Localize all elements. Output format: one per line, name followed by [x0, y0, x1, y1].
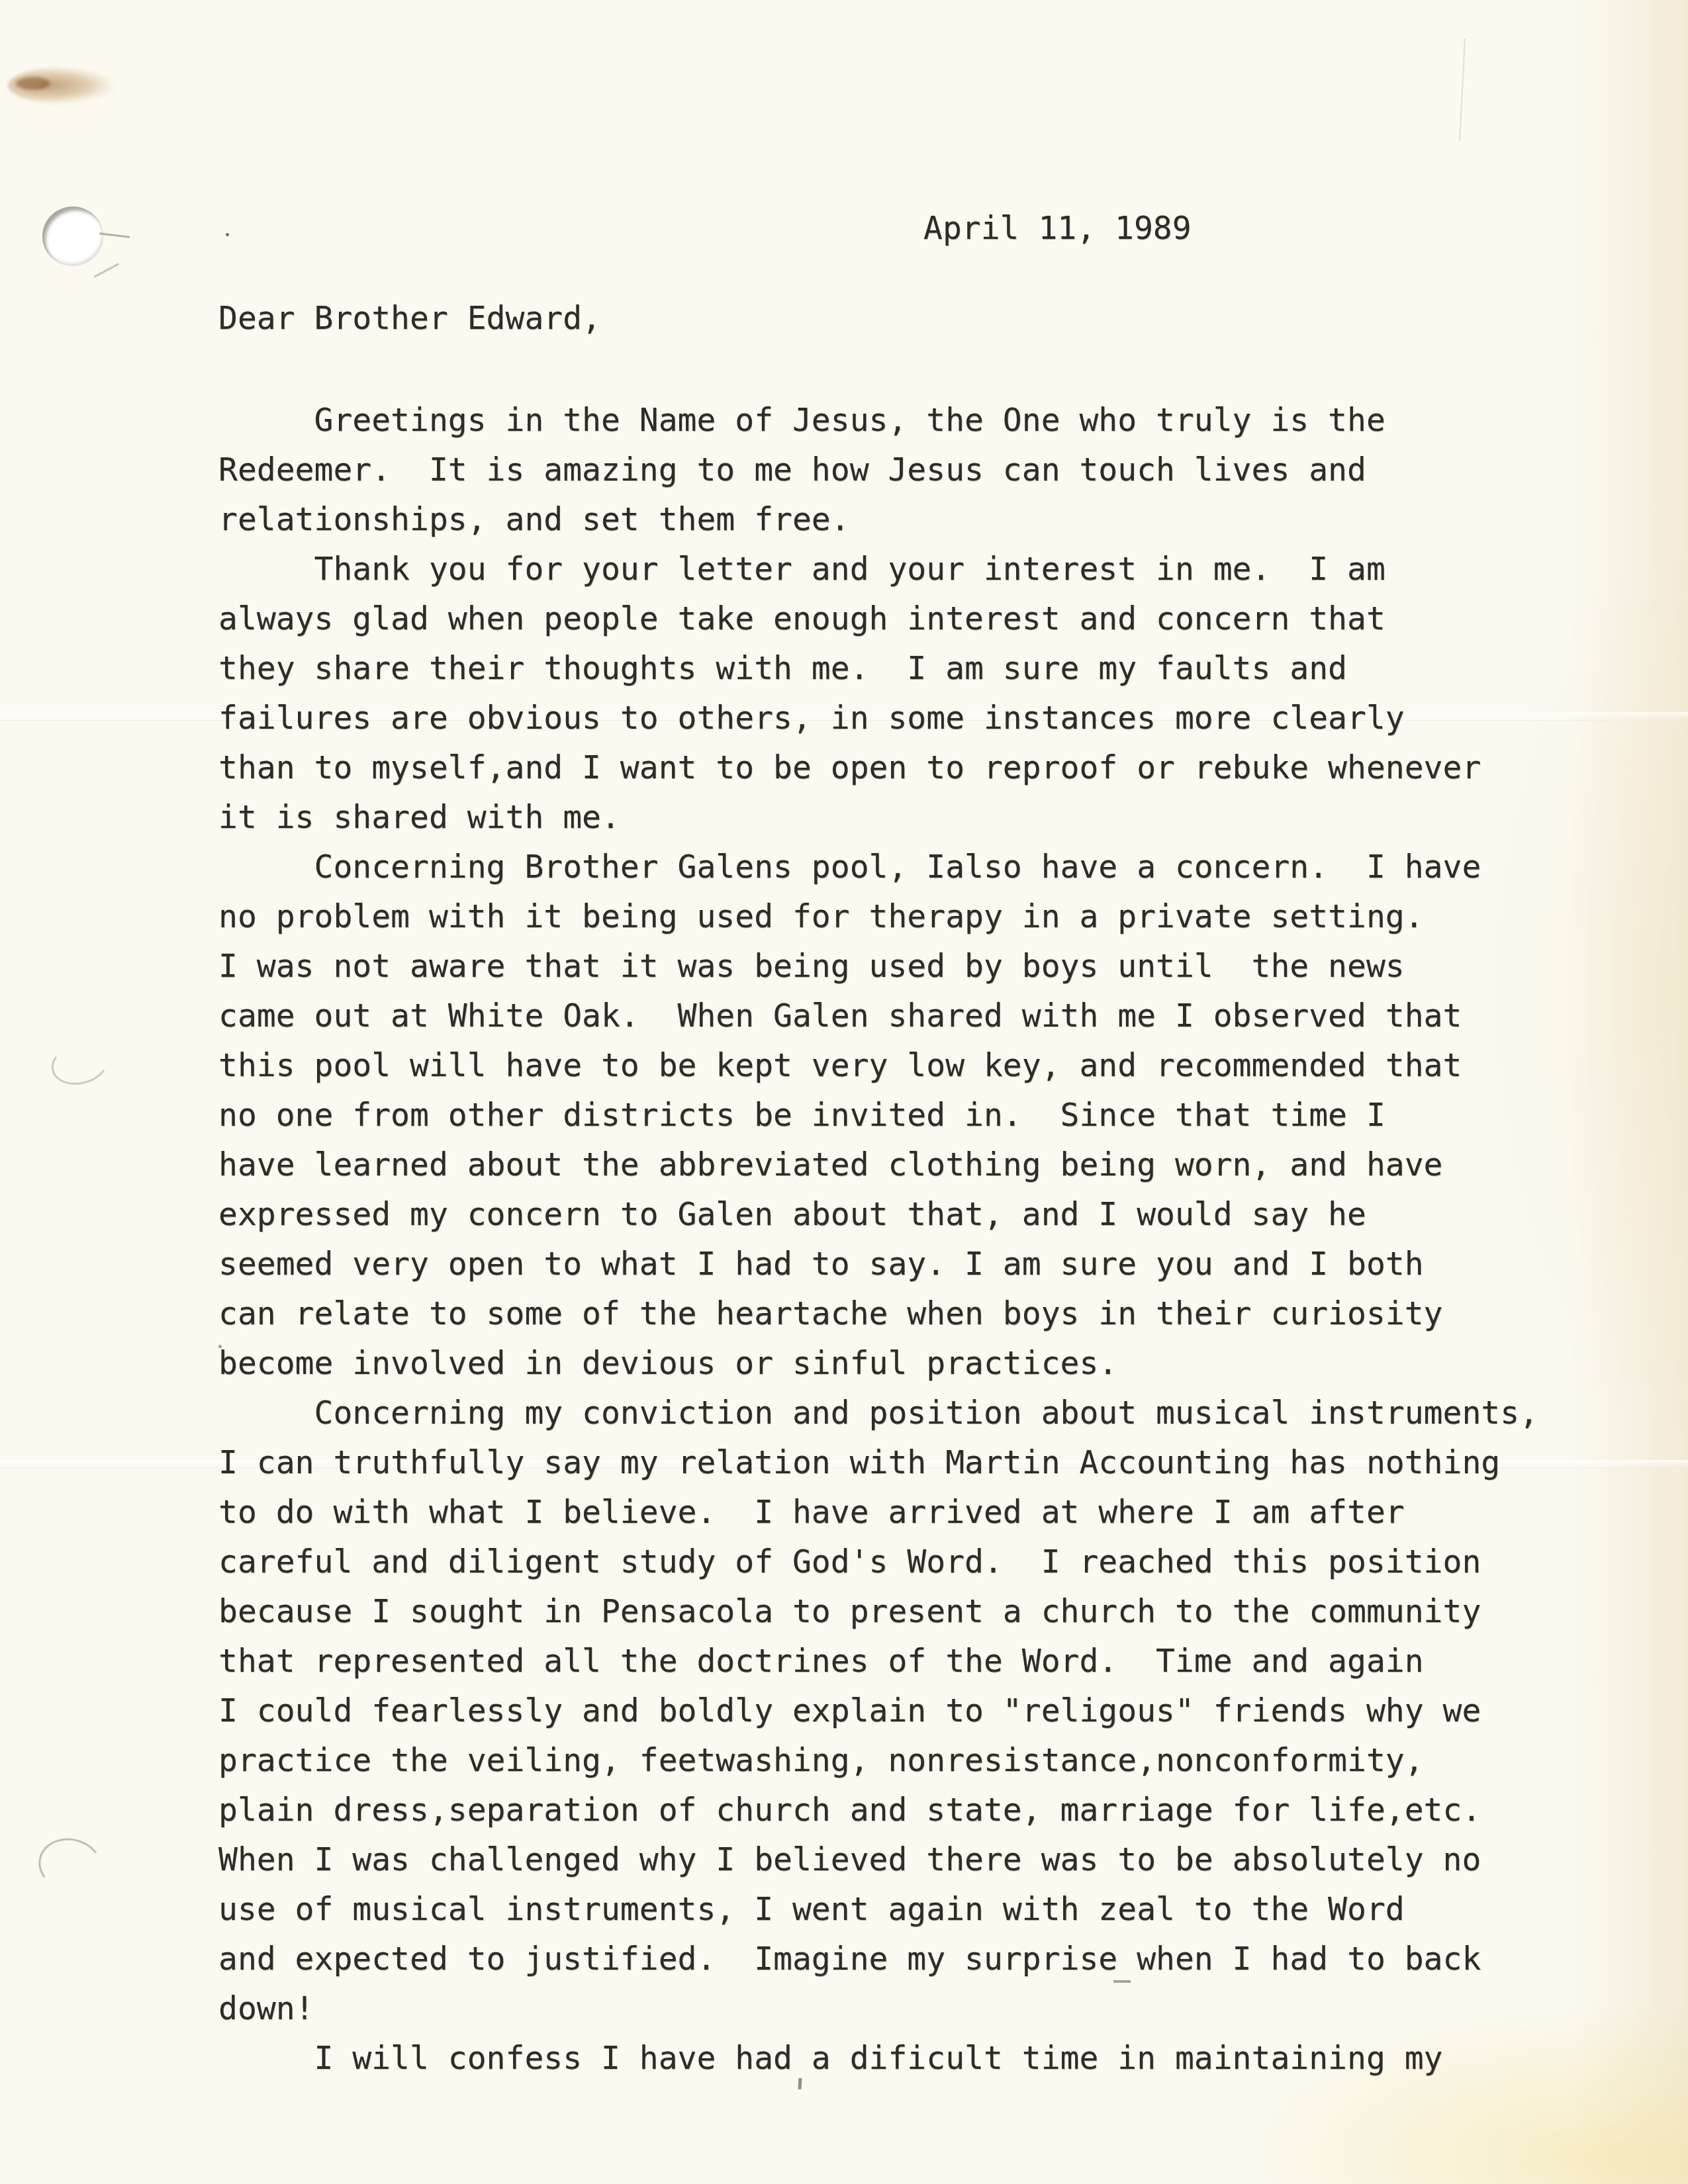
letter-line: than to myself,and I want to be open to …: [218, 743, 1538, 793]
letter-line: came out at White Oak. When Galen shared…: [218, 991, 1538, 1041]
scan-speck: [218, 1345, 222, 1348]
letter-line: it is shared with me.: [218, 793, 1538, 842]
punch-hole-bottom: [34, 1833, 107, 1897]
letter-line: to do with what I believe. I have arrive…: [218, 1488, 1538, 1537]
scan-speck: [226, 233, 229, 236]
letter-line: no one from other districts be invited i…: [218, 1091, 1538, 1140]
letter-line: When I was challenged why I believed the…: [218, 1835, 1538, 1885]
letter-line: careful and diligent study of God's Word…: [218, 1537, 1538, 1587]
letter-line: failures are obvious to others, in some …: [218, 694, 1538, 743]
letter-line: no problem with it being used for therap…: [218, 892, 1538, 942]
letter-line: Thank you for your letter and your inter…: [218, 545, 1538, 594]
letter-line: use of musical instruments, I went again…: [218, 1885, 1538, 1934]
letter-date: April 11, 1989: [923, 204, 1192, 253]
letter-line: become involved in devious or sinful pra…: [218, 1339, 1538, 1388]
punch-hole-middle: [46, 1036, 113, 1091]
letter-line: because I sought in Pensacola to present…: [218, 1587, 1538, 1637]
letter-line: that represented all the doctrines of th…: [218, 1637, 1538, 1686]
scan-speck: [798, 2078, 802, 2089]
rust-stain: [8, 65, 150, 106]
letter-page: April 11, 1989 Dear Brother Edward, Gree…: [0, 0, 1688, 2184]
letter-line: expressed my concern to Galen about that…: [218, 1190, 1538, 1240]
letter-line: Concerning Brother Galens pool, Ialso ha…: [218, 842, 1538, 892]
letter-line: I was not aware that it was being used b…: [218, 942, 1538, 991]
letter-line: I will confess I have had a dificult tim…: [218, 2034, 1538, 2083]
scan-speck: [1113, 1980, 1131, 1983]
letter-line: down!: [218, 1984, 1538, 2034]
letter-line: and expected to justified. Imagine my su…: [218, 1934, 1538, 1984]
letter-body: Greetings in the Name of Jesus, the One …: [218, 396, 1538, 2083]
letter-line: can relate to some of the heartache when…: [218, 1289, 1538, 1339]
letter-line: they share their thoughts with me. I am …: [218, 644, 1538, 694]
punch-hole-top: [42, 206, 103, 266]
letter-line: always glad when people take enough inte…: [218, 594, 1538, 644]
letter-line: seemed very open to what I had to say. I…: [218, 1240, 1538, 1289]
letter-line: this pool will have to be kept very low …: [218, 1041, 1538, 1091]
letter-line: relationships, and set them free.: [218, 495, 1538, 545]
letter-line: plain dress,separation of church and sta…: [218, 1786, 1538, 1835]
letter-line: have learned about the abbreviated cloth…: [218, 1140, 1538, 1190]
letter-line: Concerning my conviction and position ab…: [218, 1388, 1538, 1438]
letter-line: Greetings in the Name of Jesus, the One …: [218, 396, 1538, 445]
letter-line: I can truthfully say my relation with Ma…: [218, 1438, 1538, 1488]
letter-salutation: Dear Brother Edward,: [218, 294, 601, 343]
letter-line: Redeemer. It is amazing to me how Jesus …: [218, 445, 1538, 495]
letter-line: practice the veiling, feetwashing, nonre…: [218, 1736, 1538, 1786]
paper-crease-corner: [1459, 38, 1466, 141]
letter-line: I could fearlessly and boldly explain to…: [218, 1686, 1538, 1736]
